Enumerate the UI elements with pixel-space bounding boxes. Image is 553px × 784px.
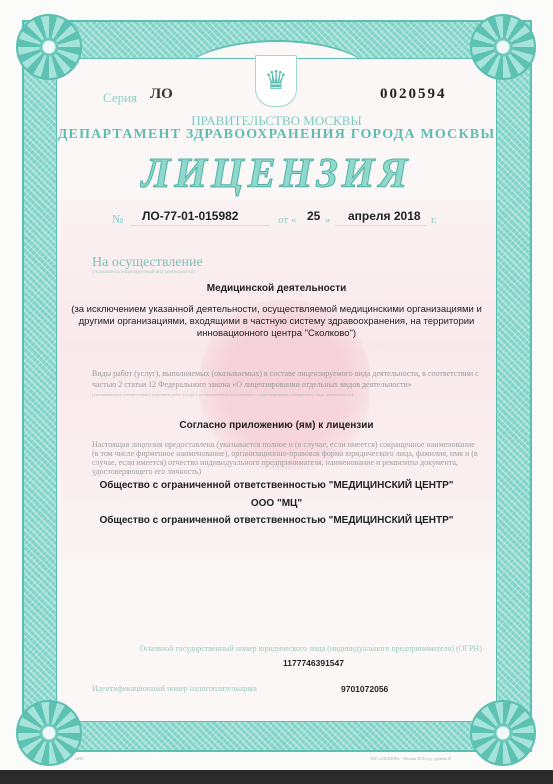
rosette-top-right-icon — [470, 14, 536, 80]
department-name: ДЕПАРТАМЕНТ ЗДРАВООХРАНЕНИЯ ГОРОДА МОСКВ… — [0, 127, 553, 143]
org-short-name: ООО "МЦ" — [57, 498, 496, 509]
appendix-reference: Согласно приложению (ям) к лицензии — [57, 420, 496, 431]
date-underline — [335, 225, 427, 226]
org-full-name: Общество с ограниченной ответственностью… — [57, 480, 496, 491]
series-label: Серия — [103, 90, 137, 106]
footer-left-text: АНО — [75, 756, 84, 761]
license-number: ЛО-77-01-015982 — [142, 209, 238, 223]
rosette-top-left-icon — [16, 14, 82, 80]
form-number: 0020594 — [380, 86, 447, 103]
coat-of-arms-icon: ♛ — [255, 55, 297, 107]
rosette-bottom-right-icon — [470, 700, 536, 766]
ogrn-label: Основной государственный номер юридическ… — [92, 644, 482, 653]
granted-to-text: Настоящая лицензия предоставлена (указыв… — [92, 440, 482, 476]
footer-printer-text: ЗАО «ОПЦИОН» - Москва 2016 год, уровень … — [370, 756, 451, 761]
licensed-activity: Медицинской деятельности — [57, 283, 496, 294]
date-from-label: от « — [278, 214, 296, 226]
license-month-year: апреля 2018 — [348, 209, 421, 223]
number-underline — [130, 225, 270, 226]
inn-label: Идентификационный номер налогоплательщик… — [92, 684, 257, 693]
rosette-bottom-left-icon — [16, 700, 82, 766]
year-suffix: г. — [431, 214, 437, 226]
license-number-label: № — [112, 212, 123, 227]
org-brand-name: Общество с ограниченной ответственностью… — [57, 515, 496, 526]
document-title: ЛИЦЕНЗИЯ — [0, 150, 553, 198]
date-quote-close: » — [325, 214, 331, 226]
inn-value: 9701072056 — [341, 684, 388, 694]
license-day: 25 — [307, 209, 320, 223]
works-sublabel: (указываются в соответствии с перечнем р… — [92, 392, 482, 397]
ogrn-value: 1177746391547 — [283, 658, 344, 668]
purpose-sublabel: (указывается лицензируемый вид деятельно… — [92, 270, 195, 275]
series-value: ЛО — [150, 86, 173, 103]
bottom-edge — [0, 770, 553, 784]
purpose-label: На осуществление — [92, 255, 203, 271]
works-text: Виды работ (услуг), выполняемых (оказыва… — [92, 368, 482, 390]
activity-note: (за исключением указанной деятельности, … — [70, 304, 483, 340]
license-document: ♛ Серия ЛО 0020594 ПРАВИТЕЛЬСТВО МОСКВЫ … — [0, 0, 553, 770]
